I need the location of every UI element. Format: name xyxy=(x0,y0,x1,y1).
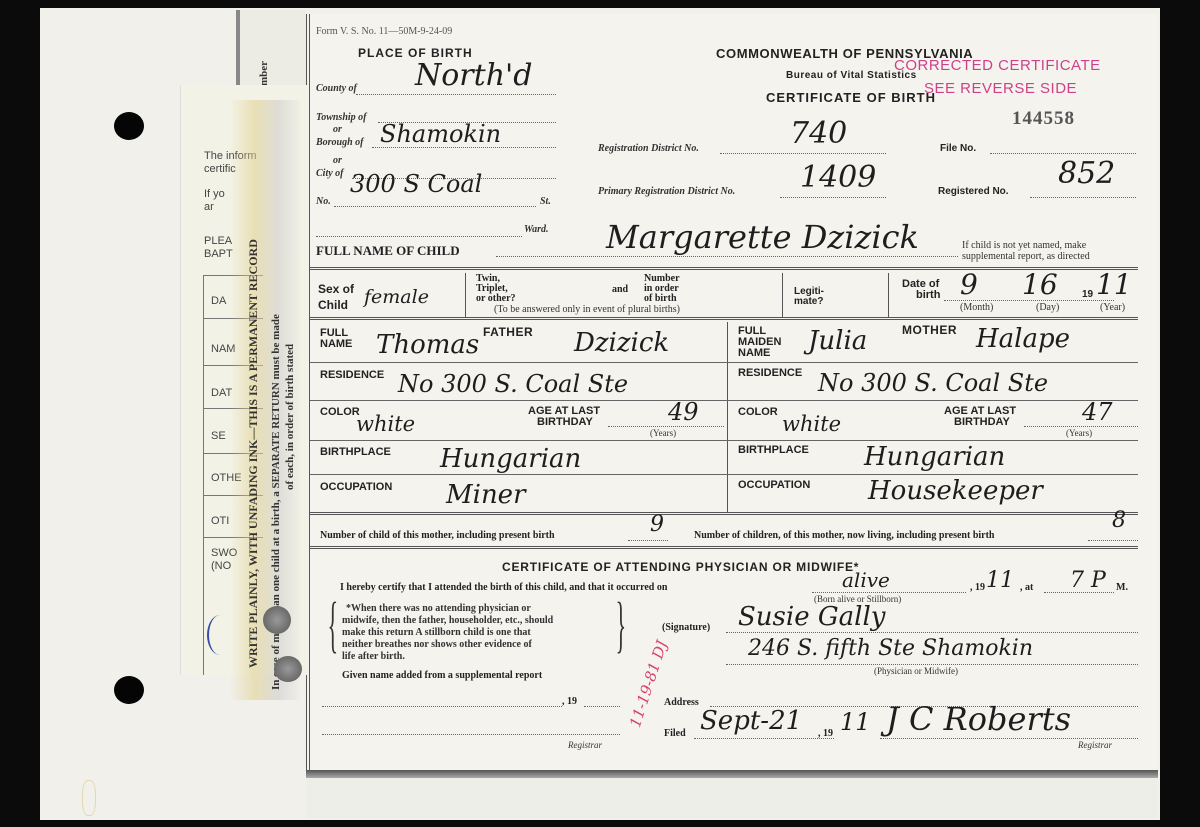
mother-age-line xyxy=(1024,426,1138,427)
section-rule xyxy=(310,546,1138,549)
children-living-value: 8 xyxy=(1112,508,1126,533)
date-of-birth-label: Date of xyxy=(902,279,939,289)
slip-row-label: DAT xyxy=(211,387,232,400)
section-rule xyxy=(310,317,1138,320)
slip-row-label: DA xyxy=(211,295,226,308)
column-divider xyxy=(465,273,466,317)
wax-seal-1 xyxy=(263,606,291,634)
registrar-line xyxy=(880,738,1138,739)
row-rule xyxy=(310,440,1138,441)
father-age-value: 49 xyxy=(668,398,699,426)
supplemental-name-line xyxy=(322,706,562,707)
registration-district-value: 740 xyxy=(790,116,847,151)
mother-years-caption: (Years) xyxy=(1066,428,1092,438)
attendant-year-value: 11 xyxy=(986,568,1014,593)
at-label: , at xyxy=(1020,582,1033,593)
attendant-year-prefix: , 19 xyxy=(970,582,985,593)
occurred-line xyxy=(812,592,966,593)
date-of-birth-label-2: birth xyxy=(916,290,940,300)
physician-caption: (Physician or Midwife) xyxy=(874,666,958,676)
father-residence-value: No 300 S. Coal Ste xyxy=(398,370,628,398)
child-full-name-label: FULL NAME OF CHILD xyxy=(316,243,460,259)
father-name-label: FULL xyxy=(320,328,348,338)
filed-year-value: 11 xyxy=(840,708,871,736)
street-value: 300 S Coal xyxy=(350,170,482,198)
mother-color-value: white xyxy=(782,412,841,436)
column-divider xyxy=(888,273,889,317)
registered-number-value: 852 xyxy=(1058,156,1115,191)
slip-row-label: (NO xyxy=(211,560,231,573)
father-last-name: Dzizick xyxy=(574,328,669,358)
mother-color-label: COLOR xyxy=(738,406,778,418)
filed-label: Filed xyxy=(664,728,686,739)
child-name-note-2: supplemental report, as directed xyxy=(962,251,1090,262)
father-years-caption: (Years) xyxy=(650,428,676,438)
attendant-heading: CERTIFICATE OF ATTENDING PHYSICIAN OR MI… xyxy=(502,560,859,574)
parents-divider xyxy=(727,322,728,512)
row-rule xyxy=(310,400,1138,401)
row-rule xyxy=(310,474,1138,475)
mother-residence-label: RESIDENCE xyxy=(738,367,802,379)
corrected-certificate-stamp: CORRECTED CERTIFICATE xyxy=(894,57,1101,74)
supplemental-year-prefix: , 19 xyxy=(562,696,577,707)
supplemental-registrar-line xyxy=(322,734,620,735)
wax-seal-2 xyxy=(274,656,302,682)
certificate-bottom-edge xyxy=(306,770,1158,778)
month-caption: (Month) xyxy=(960,302,993,313)
mother-residence-value: No 300 S. Coal Ste xyxy=(818,369,1048,397)
father-first-name: Thomas xyxy=(376,330,479,360)
side-note-plural-births-2: of each, in order of birth stated xyxy=(284,344,296,490)
children-number-label: Number of child of this mother, includin… xyxy=(320,530,555,541)
dob-year-prefix: 19 xyxy=(1082,290,1093,300)
ward-field-line xyxy=(316,236,522,237)
registration-district-label: Registration District No. xyxy=(598,143,699,154)
occurred-value: alive xyxy=(842,568,890,592)
punch-hole-top xyxy=(114,112,144,140)
footnote-brace-left: { xyxy=(328,594,338,656)
father-residence-label: RESIDENCE xyxy=(320,369,384,381)
father-birthplace-value: Hungarian xyxy=(440,444,581,474)
slip-text: PLEA xyxy=(204,235,232,248)
footnote-text: *When there was no attending physician o… xyxy=(346,603,531,614)
children-living-label: Number of children, of this mother, now … xyxy=(694,530,995,541)
father-occupation-label: OCCUPATION xyxy=(320,481,392,493)
slip-table-border xyxy=(203,275,204,675)
father-color-label: COLOR xyxy=(320,406,360,418)
mother-age-label: AGE AT LAST xyxy=(944,406,1016,416)
mother-name-label-3: NAME xyxy=(738,348,770,358)
or-label: or xyxy=(333,124,342,135)
mother-age-label-2: BIRTHDAY xyxy=(954,417,1010,427)
plural-births-note: (To be answered only in event of plural … xyxy=(494,304,680,315)
section-rule xyxy=(310,267,1138,270)
mother-name-label-2: MAIDEN xyxy=(738,337,781,347)
borough-value: Shamokin xyxy=(380,120,501,148)
father-color-value: white xyxy=(356,412,415,436)
registered-number-label: Registered No. xyxy=(938,186,1009,197)
signature-line xyxy=(726,632,1138,633)
number-order-label-3: of birth xyxy=(644,293,677,304)
mother-last-name: Halape xyxy=(976,324,1070,354)
m-label: M. xyxy=(1116,582,1128,593)
footnote-text-4: neither breathes nor shows other evidenc… xyxy=(342,639,532,650)
primary-district-value: 1409 xyxy=(800,160,876,195)
form-number: Form V. S. No. 11—50M-9-24-09 xyxy=(316,26,452,37)
time-value: 7 P xyxy=(1070,568,1106,593)
signature-value: Susie Gally xyxy=(738,602,885,632)
primary-district-line xyxy=(780,197,886,198)
side-note-warning: WRITE PLAINLY, WITH UNFADING INK—THIS IS… xyxy=(246,239,261,668)
borough-label: Borough of xyxy=(316,137,364,148)
dob-day-value: 16 xyxy=(1022,268,1058,301)
street-field-line xyxy=(334,206,536,207)
filed-line xyxy=(694,738,834,739)
street-number-label: No. xyxy=(316,196,331,207)
file-number-line xyxy=(990,153,1136,154)
slip-row-label: OTI xyxy=(211,515,229,528)
ward-label: Ward. xyxy=(524,224,549,235)
punch-hole-bottom xyxy=(114,676,144,704)
registration-district-line xyxy=(720,153,886,154)
father-age-label-2: BIRTHDAY xyxy=(537,417,593,427)
certificate-lower-margin xyxy=(306,778,1158,818)
footnote-text-3: make this return A stillborn child is on… xyxy=(342,627,531,638)
father-birthplace-label: BIRTHPLACE xyxy=(320,446,391,458)
stain-mark xyxy=(82,780,96,816)
slip-text: If yo xyxy=(204,188,225,201)
file-number-label: File No. xyxy=(940,143,976,154)
registrar-signature: J C Roberts xyxy=(886,700,1071,738)
see-reverse-side-stamp: SEE REVERSE SIDE xyxy=(924,80,1077,97)
column-divider xyxy=(782,273,783,317)
father-heading: FATHER xyxy=(483,325,533,339)
father-occupation-value: Miner xyxy=(446,480,526,510)
children-number-value: 9 xyxy=(650,512,664,537)
children-number-line xyxy=(628,540,668,541)
year-caption: (Year) xyxy=(1100,302,1125,313)
county-field-line xyxy=(356,94,556,95)
signature-label: (Signature) xyxy=(662,622,710,633)
footnote-text-2: midwife, then the father, householder, e… xyxy=(342,615,553,626)
mother-birthplace-label: BIRTHPLACE xyxy=(738,444,809,456)
mother-occupation-value: Housekeeper xyxy=(868,476,1043,506)
filed-date-value: Sept-21 xyxy=(700,706,802,736)
slip-text: BAPT xyxy=(204,248,233,261)
address-label: Address xyxy=(664,697,699,708)
supplemental-label: Given name added from a supplemental rep… xyxy=(342,670,542,681)
twin-label-3: or other? xyxy=(476,293,516,304)
registered-number-line xyxy=(1030,197,1136,198)
father-age-line xyxy=(608,426,724,427)
mother-heading: MOTHER xyxy=(902,323,957,337)
supplemental-year-line xyxy=(584,706,620,707)
signature-address-line xyxy=(726,664,1138,665)
slip-text: ar xyxy=(204,201,214,214)
serial-number: 144558 xyxy=(1012,108,1075,130)
county-value: North'd xyxy=(415,58,532,93)
slip-row-label: SE xyxy=(211,430,226,443)
section-rule xyxy=(310,512,1138,515)
sex-value: female xyxy=(364,286,429,308)
street-suffix-label: St. xyxy=(540,196,551,207)
and-label: and xyxy=(612,284,628,295)
day-caption: (Day) xyxy=(1036,302,1059,313)
supplemental-registrar-caption: Registrar xyxy=(568,740,602,750)
sex-label: Sex of xyxy=(318,282,354,296)
dob-month-value: 9 xyxy=(960,268,978,301)
footnote-brace-right: } xyxy=(616,594,626,656)
primary-district-label: Primary Registration District No. xyxy=(598,186,735,197)
certificate-title: CERTIFICATE OF BIRTH xyxy=(766,90,936,105)
mother-name-label: FULL xyxy=(738,326,766,336)
filed-year-prefix: , 19 xyxy=(818,728,833,739)
child-name-line xyxy=(496,256,958,257)
child-name-note: If child is not yet named, make xyxy=(962,240,1086,251)
legitimate-label-2: mate? xyxy=(794,297,823,307)
child-full-name-value: Margarette Dzizick xyxy=(606,218,919,256)
city-label: City of xyxy=(316,168,344,179)
father-name-label-2: NAME xyxy=(320,339,352,349)
mother-occupation-label: OCCUPATION xyxy=(738,479,810,491)
row-rule xyxy=(310,362,1138,363)
underlying-form-label: mber xyxy=(258,61,270,86)
footnote-text-5: life after birth. xyxy=(342,651,405,662)
mother-birthplace-value: Hungarian xyxy=(864,442,1005,472)
children-living-line xyxy=(1088,540,1138,541)
mother-first-name: Julia xyxy=(808,326,867,356)
registrar-caption: Registrar xyxy=(1078,740,1112,750)
dob-year-value: 11 xyxy=(1096,268,1132,301)
father-age-label: AGE AT LAST xyxy=(528,406,600,416)
signature-address-value: 246 S. fifth Ste Shamokin xyxy=(748,636,1033,661)
county-label: County of xyxy=(316,83,357,94)
township-label: Township of xyxy=(316,112,366,123)
sex-label-2: Child xyxy=(318,298,348,312)
or-label: or xyxy=(333,155,342,166)
mother-age-value: 47 xyxy=(1082,398,1113,426)
